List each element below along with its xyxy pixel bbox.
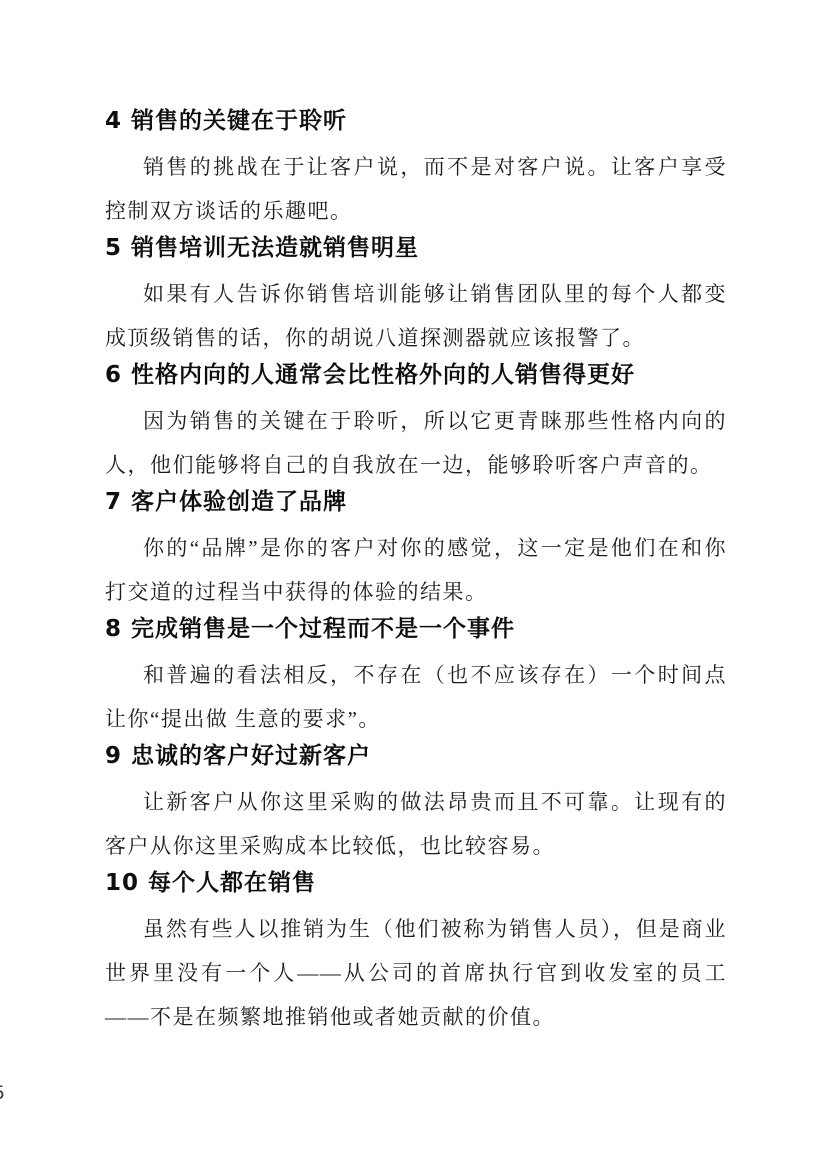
section-paragraph: 虽然有些人以推销为生（他们被称为销售人员），但是商业世界里没有一个人——从公司的… (105, 907, 727, 1039)
section-heading: 5 销售培训无法造就销售明星 (105, 233, 727, 263)
section-paragraph: 如果有人告诉你销售培训能够让销售团队里的每个人都变成顶级销售的话，你的胡说八道探… (105, 272, 727, 360)
section-heading: 6 性格内向的人通常会比性格外向的人销售得更好 (105, 360, 727, 390)
section-paragraph: 销售的挑战在于让客户说，而不是对客户说。让客户享受控制双方谈话的乐趣吧。 (105, 145, 727, 233)
section-paragraph: 你的“品牌”是你的客户对你的感觉，这一定是他们在和你打交道的过程当中获得的体验的… (105, 526, 727, 614)
section-heading: 7 客户体验创造了品牌 (105, 487, 727, 517)
section: 4 销售的关键在于聆听 销售的挑战在于让客户说，而不是对客户说。让客户享受控制双… (105, 106, 727, 233)
document-page: 4 销售的关键在于聆听 销售的挑战在于让客户说，而不是对客户说。让客户享受控制双… (0, 0, 826, 1169)
section: 6 性格内向的人通常会比性格外向的人销售得更好 因为销售的关键在于聆听，所以它更… (105, 360, 727, 487)
section-heading: 4 销售的关键在于聆听 (105, 106, 727, 136)
section: 8 完成销售是一个过程而不是一个事件 和普遍的看法相反，不存在（也不应该存在）一… (105, 614, 727, 741)
page-body: 4 销售的关键在于聆听 销售的挑战在于让客户说，而不是对客户说。让客户享受控制双… (105, 106, 727, 1039)
section-heading: 8 完成销售是一个过程而不是一个事件 (105, 614, 727, 644)
section-heading: 10 每个人都在销售 (105, 868, 727, 898)
section: 10 每个人都在销售 虽然有些人以推销为生（他们被称为销售人员），但是商业世界里… (105, 868, 727, 1039)
section-paragraph: 让新客户从你这里采购的做法昂贵而且不可靠。让现有的客户从你这里采购成本比较低，也… (105, 780, 727, 868)
section-heading: 9 忠诚的客户好过新客户 (105, 741, 727, 771)
section: 9 忠诚的客户好过新客户 让新客户从你这里采购的做法昂贵而且不可靠。让现有的客户… (105, 741, 727, 868)
section: 7 客户体验创造了品牌 你的“品牌”是你的客户对你的感觉，这一定是他们在和你打交… (105, 487, 727, 614)
page-number: 5 (0, 1082, 5, 1104)
section-paragraph: 和普遍的看法相反，不存在（也不应该存在）一个时间点让你“提出做 生意的要求”。 (105, 653, 727, 741)
section: 5 销售培训无法造就销售明星 如果有人告诉你销售培训能够让销售团队里的每个人都变… (105, 233, 727, 360)
section-paragraph: 因为销售的关键在于聆听，所以它更青睐那些性格内向的人，他们能够将自己的自我放在一… (105, 399, 727, 487)
